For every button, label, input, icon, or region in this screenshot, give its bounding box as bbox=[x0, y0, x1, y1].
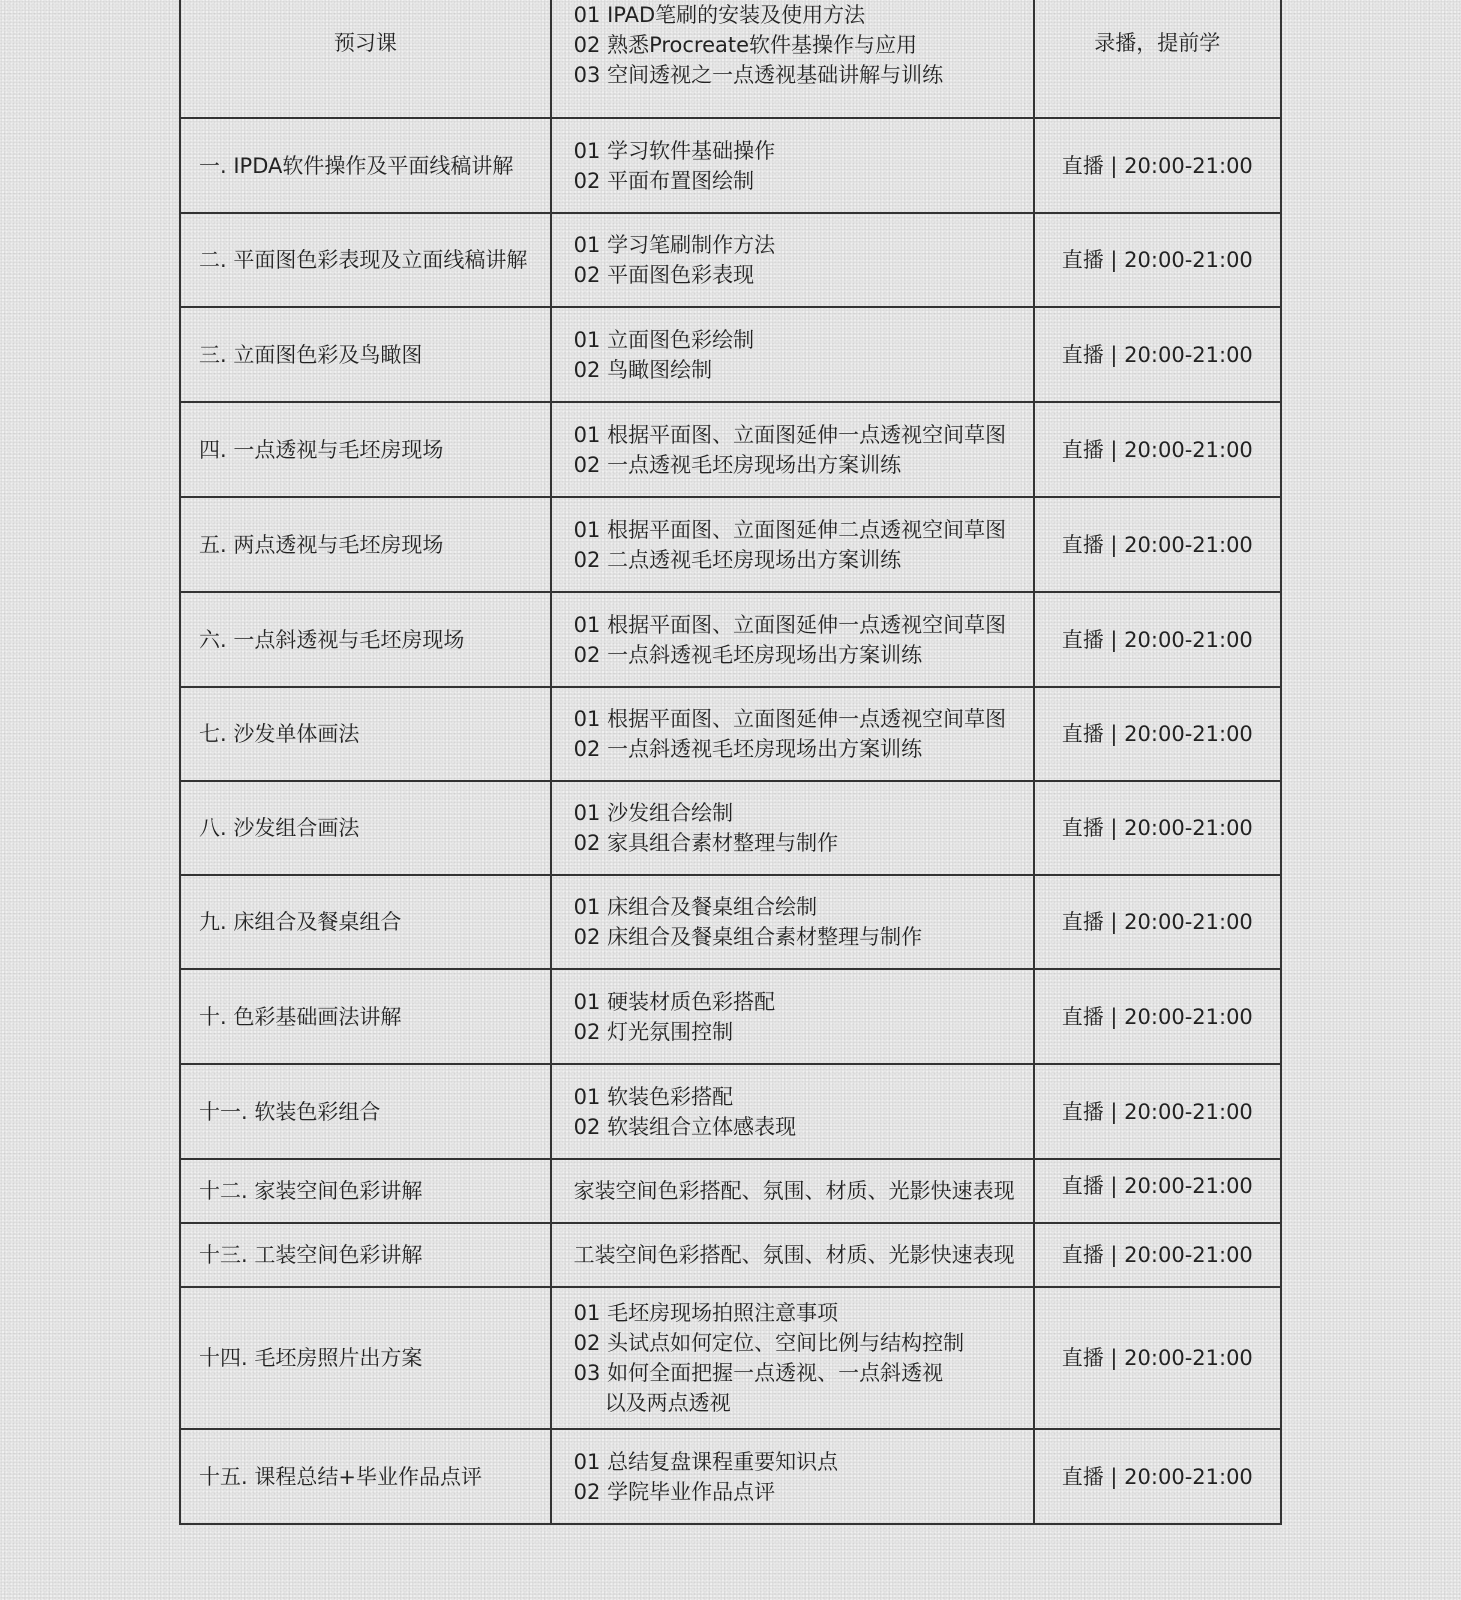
lesson-schedule-time: 直播 | 20:00-21:00 bbox=[1034, 307, 1281, 402]
lesson-content: 01 学习软件基础操作02 平面布置图绘制 bbox=[551, 118, 1034, 213]
lesson-schedule-time: 直播 | 20:00-21:00 bbox=[1034, 687, 1281, 781]
lesson-content: 01 根据平面图、立面图延伸一点透视空间草图02 一点斜透视毛坯房现场出方案训练 bbox=[551, 687, 1034, 781]
lesson-content-line: 02 家具组合素材整理与制作 bbox=[574, 828, 1033, 858]
lesson-content-line: 01 根据平面图、立面图延伸一点透视空间草图 bbox=[574, 704, 1033, 734]
lesson-content-line: 02 学院毕业作品点评 bbox=[574, 1477, 1033, 1507]
lesson-content-line: 01 床组合及餐桌组合绘制 bbox=[574, 892, 1033, 922]
lesson-title: 三. 立面图色彩及鸟瞰图 bbox=[180, 307, 551, 402]
schedule-row: 十三. 工装空间色彩讲解工装空间色彩搭配、氛围、材质、光影快速表现直播 | 20… bbox=[180, 1223, 1281, 1287]
lesson-title: 十五. 课程总结+毕业作品点评 bbox=[180, 1429, 551, 1524]
course-schedule-table: 预习课01 IPAD笔刷的安装及使用方法02 熟悉Procreate软件基操作与… bbox=[179, 0, 1282, 1525]
lesson-content: 01 床组合及餐桌组合绘制02 床组合及餐桌组合素材整理与制作 bbox=[551, 875, 1034, 969]
lesson-content: 工装空间色彩搭配、氛围、材质、光影快速表现 bbox=[551, 1223, 1034, 1287]
lesson-title: 十三. 工装空间色彩讲解 bbox=[180, 1223, 551, 1287]
lesson-schedule-time: 直播 | 20:00-21:00 bbox=[1034, 1159, 1281, 1223]
lesson-schedule-time: 直播 | 20:00-21:00 bbox=[1034, 1064, 1281, 1159]
lesson-content-line: 01 总结复盘课程重要知识点 bbox=[574, 1447, 1033, 1477]
lesson-content-line: 02 灯光氛围控制 bbox=[574, 1017, 1033, 1047]
lesson-content: 01 根据平面图、立面图延伸一点透视空间草图02 一点透视毛坯房现场出方案训练 bbox=[551, 402, 1034, 497]
lesson-content: 01 学习笔刷制作方法02 平面图色彩表现 bbox=[551, 213, 1034, 307]
schedule-row: 二. 平面图色彩表现及立面线稿讲解01 学习笔刷制作方法02 平面图色彩表现直播… bbox=[180, 213, 1281, 307]
schedule-row: 七. 沙发单体画法01 根据平面图、立面图延伸一点透视空间草图02 一点斜透视毛… bbox=[180, 687, 1281, 781]
lesson-content-line: 01 学习软件基础操作 bbox=[574, 136, 1033, 166]
lesson-content-line: 01 学习笔刷制作方法 bbox=[574, 230, 1033, 260]
lesson-content-line: 01 软装色彩搭配 bbox=[574, 1082, 1033, 1112]
lesson-content-line: 01 硬装材质色彩搭配 bbox=[574, 987, 1033, 1017]
lesson-title: 十. 色彩基础画法讲解 bbox=[180, 969, 551, 1064]
lesson-content-line: 以及两点透视 bbox=[574, 1388, 1033, 1418]
schedule-row: 十四. 毛坯房照片出方案01 毛坯房现场拍照注意事项02 头试点如何定位、空间比… bbox=[180, 1287, 1281, 1429]
lesson-content: 家装空间色彩搭配、氛围、材质、光影快速表现 bbox=[551, 1159, 1034, 1223]
schedule-row: 六. 一点斜透视与毛坯房现场01 根据平面图、立面图延伸一点透视空间草图02 一… bbox=[180, 592, 1281, 687]
lesson-title: 一. IPDA软件操作及平面线稿讲解 bbox=[180, 118, 551, 213]
lesson-content-line: 02 平面布置图绘制 bbox=[574, 166, 1033, 196]
lesson-schedule-time: 直播 | 20:00-21:00 bbox=[1034, 213, 1281, 307]
lesson-content-line: 01 根据平面图、立面图延伸一点透视空间草图 bbox=[574, 420, 1033, 450]
lesson-title: 十一. 软装色彩组合 bbox=[180, 1064, 551, 1159]
schedule-row: 九. 床组合及餐桌组合01 床组合及餐桌组合绘制02 床组合及餐桌组合素材整理与… bbox=[180, 875, 1281, 969]
lesson-content-line: 02 软装组合立体感表现 bbox=[574, 1112, 1033, 1142]
lesson-title: 十四. 毛坯房照片出方案 bbox=[180, 1287, 551, 1429]
lesson-title: 九. 床组合及餐桌组合 bbox=[180, 875, 551, 969]
lesson-schedule-time: 直播 | 20:00-21:00 bbox=[1034, 402, 1281, 497]
lesson-title: 八. 沙发组合画法 bbox=[180, 781, 551, 875]
lesson-content: 01 总结复盘课程重要知识点02 学院毕业作品点评 bbox=[551, 1429, 1034, 1524]
lesson-content-line: 02 平面图色彩表现 bbox=[574, 260, 1033, 290]
schedule-row: 十一. 软装色彩组合01 软装色彩搭配02 软装组合立体感表现直播 | 20:0… bbox=[180, 1064, 1281, 1159]
lesson-content-line: 02 头试点如何定位、空间比例与结构控制 bbox=[574, 1328, 1033, 1358]
schedule-row: 五. 两点透视与毛坯房现场01 根据平面图、立面图延伸二点透视空间草图02 二点… bbox=[180, 497, 1281, 592]
lesson-schedule-time: 直播 | 20:00-21:00 bbox=[1034, 118, 1281, 213]
lesson-schedule-time: 直播 | 20:00-21:00 bbox=[1034, 1429, 1281, 1524]
lesson-title: 五. 两点透视与毛坯房现场 bbox=[180, 497, 551, 592]
lesson-content-line: 02 熟悉Procreate软件基操作与应用 bbox=[574, 30, 1033, 60]
lesson-schedule-time: 直播 | 20:00-21:00 bbox=[1034, 1223, 1281, 1287]
lesson-title: 七. 沙发单体画法 bbox=[180, 687, 551, 781]
lesson-title: 四. 一点透视与毛坯房现场 bbox=[180, 402, 551, 497]
lesson-content-line: 01 毛坯房现场拍照注意事项 bbox=[574, 1298, 1033, 1328]
lesson-content-line: 01 沙发组合绘制 bbox=[574, 798, 1033, 828]
lesson-content-line: 01 根据平面图、立面图延伸一点透视空间草图 bbox=[574, 610, 1033, 640]
lesson-content: 01 硬装材质色彩搭配02 灯光氛围控制 bbox=[551, 969, 1034, 1064]
lesson-content-line: 02 床组合及餐桌组合素材整理与制作 bbox=[574, 922, 1033, 952]
schedule-row: 十二. 家装空间色彩讲解家装空间色彩搭配、氛围、材质、光影快速表现直播 | 20… bbox=[180, 1159, 1281, 1223]
lesson-content-line: 01 IPAD笔刷的安装及使用方法 bbox=[574, 0, 1033, 30]
lesson-content-line: 工装空间色彩搭配、氛围、材质、光影快速表现 bbox=[574, 1240, 1033, 1270]
schedule-row: 八. 沙发组合画法01 沙发组合绘制02 家具组合素材整理与制作直播 | 20:… bbox=[180, 781, 1281, 875]
lesson-content: 01 沙发组合绘制02 家具组合素材整理与制作 bbox=[551, 781, 1034, 875]
lesson-schedule-time: 直播 | 20:00-21:00 bbox=[1034, 1287, 1281, 1429]
lesson-content: 01 根据平面图、立面图延伸一点透视空间草图02 一点斜透视毛坯房现场出方案训练 bbox=[551, 592, 1034, 687]
lesson-content-line: 03 如何全面把握一点透视、一点斜透视 bbox=[574, 1358, 1033, 1388]
lesson-content-line: 家装空间色彩搭配、氛围、材质、光影快速表现 bbox=[574, 1176, 1033, 1206]
schedule-row: 预习课01 IPAD笔刷的安装及使用方法02 熟悉Procreate软件基操作与… bbox=[180, 0, 1281, 118]
lesson-schedule-time: 录播，提前学 bbox=[1034, 0, 1281, 118]
lesson-content-line: 02 二点透视毛坯房现场出方案训练 bbox=[574, 545, 1033, 575]
lesson-schedule-time: 直播 | 20:00-21:00 bbox=[1034, 592, 1281, 687]
lesson-content-line: 02 一点斜透视毛坯房现场出方案训练 bbox=[574, 734, 1033, 764]
lesson-content-line: 02 一点斜透视毛坯房现场出方案训练 bbox=[574, 640, 1033, 670]
lesson-content: 01 IPAD笔刷的安装及使用方法02 熟悉Procreate软件基操作与应用0… bbox=[551, 0, 1034, 118]
lesson-content: 01 立面图色彩绘制02 鸟瞰图绘制 bbox=[551, 307, 1034, 402]
lesson-title: 二. 平面图色彩表现及立面线稿讲解 bbox=[180, 213, 551, 307]
lesson-content-line: 03 空间透视之一点透视基础讲解与训练 bbox=[574, 60, 1033, 90]
lesson-schedule-time: 直播 | 20:00-21:00 bbox=[1034, 875, 1281, 969]
lesson-content: 01 根据平面图、立面图延伸二点透视空间草图02 二点透视毛坯房现场出方案训练 bbox=[551, 497, 1034, 592]
lesson-content-line: 02 一点透视毛坯房现场出方案训练 bbox=[574, 450, 1033, 480]
schedule-row: 四. 一点透视与毛坯房现场01 根据平面图、立面图延伸一点透视空间草图02 一点… bbox=[180, 402, 1281, 497]
lesson-title: 十二. 家装空间色彩讲解 bbox=[180, 1159, 551, 1223]
lesson-content: 01 软装色彩搭配02 软装组合立体感表现 bbox=[551, 1064, 1034, 1159]
lesson-content: 01 毛坯房现场拍照注意事项02 头试点如何定位、空间比例与结构控制03 如何全… bbox=[551, 1287, 1034, 1429]
lesson-content-line: 01 立面图色彩绘制 bbox=[574, 325, 1033, 355]
lesson-content-line: 01 根据平面图、立面图延伸二点透视空间草图 bbox=[574, 515, 1033, 545]
lesson-title: 预习课 bbox=[180, 0, 551, 118]
course-schedule-body: 预习课01 IPAD笔刷的安装及使用方法02 熟悉Procreate软件基操作与… bbox=[180, 0, 1281, 1524]
lesson-content-line: 02 鸟瞰图绘制 bbox=[574, 355, 1033, 385]
lesson-title: 六. 一点斜透视与毛坯房现场 bbox=[180, 592, 551, 687]
lesson-schedule-time: 直播 | 20:00-21:00 bbox=[1034, 497, 1281, 592]
lesson-schedule-time: 直播 | 20:00-21:00 bbox=[1034, 969, 1281, 1064]
schedule-row: 十. 色彩基础画法讲解01 硬装材质色彩搭配02 灯光氛围控制直播 | 20:0… bbox=[180, 969, 1281, 1064]
schedule-row: 一. IPDA软件操作及平面线稿讲解01 学习软件基础操作02 平面布置图绘制直… bbox=[180, 118, 1281, 213]
schedule-row: 十五. 课程总结+毕业作品点评01 总结复盘课程重要知识点02 学院毕业作品点评… bbox=[180, 1429, 1281, 1524]
lesson-schedule-time: 直播 | 20:00-21:00 bbox=[1034, 781, 1281, 875]
schedule-row: 三. 立面图色彩及鸟瞰图01 立面图色彩绘制02 鸟瞰图绘制直播 | 20:00… bbox=[180, 307, 1281, 402]
